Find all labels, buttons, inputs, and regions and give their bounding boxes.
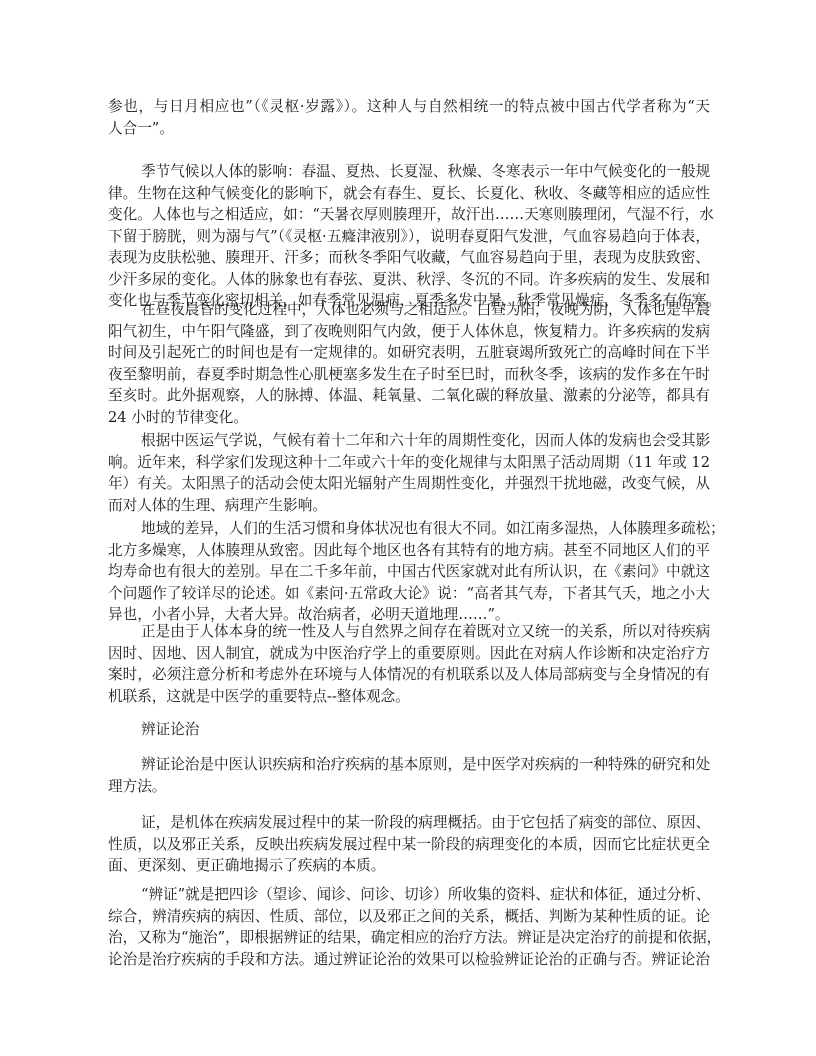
paragraph-line: 而对人体的生理、病理产生影响。 (108, 496, 710, 516)
paragraph-line: 少汗多尿的变化。人体的脉象也有春弦、夏洪、秋浮、冬沉的不同。许多疾病的发生、发展… (108, 270, 710, 290)
paragraph-line: 因时、因地、因人制宜，就成为中医治疗学上的重要原则。因此在对病人作诊断和决定治疗… (108, 644, 710, 664)
document-page: 参也，与日月相应也”（《灵枢·岁露》）。这种人与自然相统一的特点被中国古代学者称… (0, 0, 816, 1056)
paragraph-line: 至亥时。此外据观察，人的脉搏、体温、耗氧量、二氧化碳的释放量、激素的分泌等，都具… (108, 386, 710, 406)
paragraph-line: 下留于膀胱，则为溺与气”（《灵枢·五癃津液别》），说明春夏阳气发泄，气血容易趋向… (108, 227, 710, 247)
paragraph-line: 证，是机体在疾病发展过程中的某一阶段的病理概括。由于它包括了病变的部位、原因、 (141, 813, 710, 833)
paragraph-line: 季节气候以人体的影响：春温、夏热、长夏湿、秋燥、冬寒表示一年中气候变化的一般规 (141, 162, 710, 182)
paragraph-line: 案时，必须注意分析和考虑外在环境与人体情况的有机联系以及人体局部病变与全身情况的… (108, 665, 710, 685)
paragraph-line: 年）有关。太阳黑子的活动会使太阳光辐射产生周期性变化，并强烈干扰地磁，改变气候，… (108, 474, 710, 494)
paragraph-line: 个问题作了较详尽的论述。如《素问·五常政大论》说：“高者其气寿，下者其气夭，地之… (108, 584, 710, 604)
paragraph-line: 机联系，这就是中医学的重要特点--整体观念。 (108, 687, 710, 707)
paragraph-line: 面、更深刻、更正确地揭示了疾病的本质。 (108, 856, 710, 876)
paragraph-line: 变化。人体也与之相适应，如：“天暑衣厚则腠理开，故汗出……天寒则腠理闭，气湿不行… (108, 205, 710, 225)
paragraph-line: 24 小时的节律变化。 (108, 408, 710, 428)
paragraph-line: “辨证”就是把四诊（望诊、闻诊、问诊、切诊）所收集的资料、症状和体征，通过分析、 (141, 885, 710, 905)
paragraph-line: 综合，辨清疾病的病因、性质、部位，以及邪正之间的关系，概括、判断为某种性质的证。… (108, 907, 710, 927)
paragraph-line: 治，又称为“施治”，即根据辨证的结果，确定相应的治疗方法。辨证是决定治疗的前提和… (108, 928, 710, 948)
section-heading: 辨证论治 (141, 720, 199, 740)
paragraph-line: 辨证论治是中医认识疾病和治疗疾病的基本原则，是中医学对疾病的一种特殊的研究和处 (141, 755, 710, 775)
paragraph-line: 正是由于人体本身的统一性及人与自然界之间存在着既对立又统一的关系，所以对待疾病 (141, 622, 710, 642)
paragraph-line: 性质，以及邪正关系，反映出疾病发展过程中某一阶段的病理变化的本质，因而它比症状更… (108, 835, 710, 855)
paragraph-line: 在昼夜晨昏的变化过程中，人体也必须与之相适应。白昼为阳，夜晚为阴，人体也是早晨 (141, 300, 710, 320)
paragraph-line: 均寿命也有很大的差别。早在二千多年前，中国古代医家就对此有所认识，在《素问》中就… (108, 562, 710, 582)
paragraph-line: 表现为皮肤松驰、腠理开、汗多；而秋冬季阳气收藏，气血容易趋向于里，表现为皮肤致密… (108, 248, 710, 268)
paragraph-line: 论治是治疗疾病的手段和方法。通过辨证论治的效果可以检验辨证论治的正确与否。辨证论… (108, 950, 710, 970)
paragraph-line: 律。生物在这种气候变化的影响下，就会有春生、夏长、长夏化、秋收、冬藏等相应的适应… (108, 184, 710, 204)
paragraph-line: 参也，与日月相应也”（《灵枢·岁露》）。这种人与自然相统一的特点被中国古代学者称… (108, 97, 710, 117)
paragraph-line: 人合一”。 (108, 119, 710, 139)
paragraph-line: 时间及引起死亡的时间也是有一定规律的。如研究表明，五脏衰竭所致死亡的高峰时间在下… (108, 343, 710, 363)
paragraph-line: 地域的差异，人们的生活习惯和身体状况也有很大不同。如江南多湿热，人体腠理多疏松； (141, 519, 710, 539)
paragraph-line: 根据中医运气学说，气候有着十二年和六十年的周期性变化，因而人体的发病也会受其影 (141, 431, 710, 451)
paragraph-line: 响。近年来，科学家们发现这种十二年或六十年的变化规律与太阳黑子活动周期（11 年… (108, 453, 710, 473)
paragraph-line: 北方多燥寒，人体腠理从致密。因此每个地区也各有其特有的地方病。甚至不同地区人们的… (108, 541, 710, 561)
paragraph-line: 夜至黎明前，春夏季时期急性心肌梗塞多发生在子时至巳时，而秋冬季，该病的发作多在午… (108, 365, 710, 385)
paragraph-line: 理方法。 (108, 777, 710, 797)
paragraph-line: 阳气初生，中午阳气隆盛，到了夜晚则阳气内敛，便于人体休息，恢复精力。许多疾病的发… (108, 322, 710, 342)
